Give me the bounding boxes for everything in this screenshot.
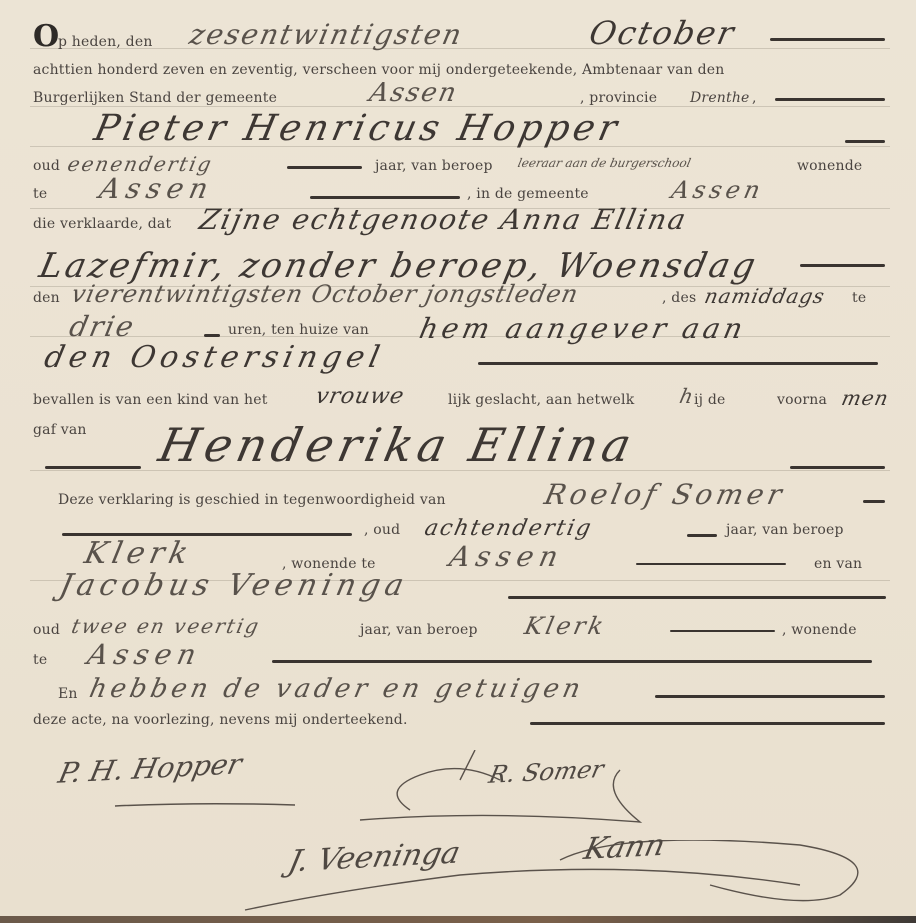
handwritten-witness2-age: twee en veertig [69, 614, 262, 638]
printed-text: , in de gemeente [467, 186, 589, 202]
handwritten-child-name: Henderika Ellina [154, 418, 641, 472]
printed-text: oud [33, 622, 60, 638]
fill-rule [636, 563, 786, 565]
fill-rule [478, 362, 878, 365]
handwritten-witness2-occupation: Klerk [522, 612, 609, 640]
handwritten-signing-statement: hebben de vader en getuigen [87, 674, 587, 704]
printed-text: p heden, den [58, 34, 153, 50]
printed-province: Drenthe [690, 90, 750, 106]
fill-rule [775, 98, 885, 101]
signature-underline [110, 800, 300, 810]
printed-text: gaf van [33, 422, 87, 438]
handwritten-residence: Assen [96, 172, 217, 205]
handwritten-witness1-age: achtendertig [422, 516, 595, 541]
handwritten-witness1-residence: Assen [446, 540, 567, 573]
handwritten-birth-date: vierentwintigsten October jongstleden [69, 280, 581, 308]
printed-text: oud [33, 158, 60, 174]
signature-official: Kann [581, 828, 668, 867]
printed-text: , provincie [580, 90, 657, 106]
printed-text: achttien honderd zeven en zeventig, vers… [33, 62, 725, 78]
fill-rule [670, 630, 775, 632]
fill-rule [800, 264, 885, 267]
printed-text: , oud [364, 522, 400, 538]
printed-text: die verklaarde, dat [33, 216, 171, 232]
printed-text: te [852, 290, 866, 306]
handwritten-witness1-occupation: Klerk [81, 536, 196, 571]
printed-text: En [58, 686, 78, 702]
signature-flourish [340, 750, 660, 840]
handwritten-location-cont: den Oostersingel [41, 340, 387, 375]
fill-rule [310, 196, 460, 199]
printed-text: , wonende [782, 622, 857, 638]
handwritten-hour: drie [66, 310, 138, 343]
handwritten-time-of-day: namiddags [702, 284, 827, 308]
handwritten-suffix: men [839, 386, 891, 410]
fill-rule [863, 500, 885, 503]
handwritten-location: hem aangever aan [416, 312, 749, 345]
handwritten-sex: vrouwe [313, 384, 407, 409]
printed-text: te [33, 186, 47, 202]
fill-rule [845, 140, 885, 143]
handwritten-occupation: leeraar aan de burgerschool [517, 156, 693, 170]
fill-rule [790, 466, 885, 469]
printed-text: deze acte, na voorlezing, nevens mij ond… [33, 712, 408, 728]
signature-father: P. H. Hopper [55, 747, 245, 789]
printed-text: , [752, 90, 757, 106]
fill-rule [655, 695, 885, 698]
printed-text: voorna [777, 392, 827, 408]
fill-rule [204, 334, 220, 337]
document-page: O p heden, den zesentwintigsten October … [0, 0, 916, 916]
initial-capital: O [33, 22, 59, 52]
printed-text: uren, ten huize van [228, 322, 369, 338]
handwritten-gemeente: Assen [669, 176, 767, 204]
fill-rule [508, 596, 886, 599]
handwritten-declarant-name: Pieter Henricus Hopper [91, 108, 625, 149]
fill-rule [770, 38, 885, 41]
fill-rule [530, 722, 885, 725]
printed-text: den [33, 290, 60, 306]
handwritten-month: October [586, 14, 739, 52]
fill-rule [272, 660, 872, 663]
printed-text: wonende [797, 158, 862, 174]
fill-rule [287, 166, 362, 169]
printed-text: en van [814, 556, 862, 572]
printed-text: jaar, van beroep [375, 158, 493, 174]
printed-text: te [33, 652, 47, 668]
printed-text: jaar, van beroep [726, 522, 844, 538]
handwritten-gemeente: Assen [367, 78, 461, 108]
printed-text: bevallen is van een kind van het [33, 392, 268, 408]
page-bottom-edge [0, 916, 916, 923]
printed-text: Deze verklaring is geschied in tegenwoor… [58, 492, 446, 508]
fill-rule [45, 466, 141, 469]
printed-text: , des [662, 290, 696, 306]
fill-rule [687, 534, 717, 537]
printed-text: ij de [694, 392, 726, 408]
printed-text: Burgerlijken Stand der gemeente [33, 90, 277, 106]
handwritten-mother: Zijne echtgenoote Anna Ellina [196, 203, 690, 236]
printed-text: jaar, van beroep [360, 622, 478, 638]
handwritten-witness2-residence: Assen [84, 638, 205, 671]
handwritten-witness2: Jacobus Veeninga [56, 568, 411, 603]
printed-text: lijk geslacht, aan hetwelk [448, 392, 634, 408]
guide-line [30, 106, 890, 107]
signature-underline [240, 840, 880, 915]
handwritten-day: zesentwintigsten [186, 18, 466, 51]
handwritten-witness1: Roelof Somer [541, 478, 788, 511]
